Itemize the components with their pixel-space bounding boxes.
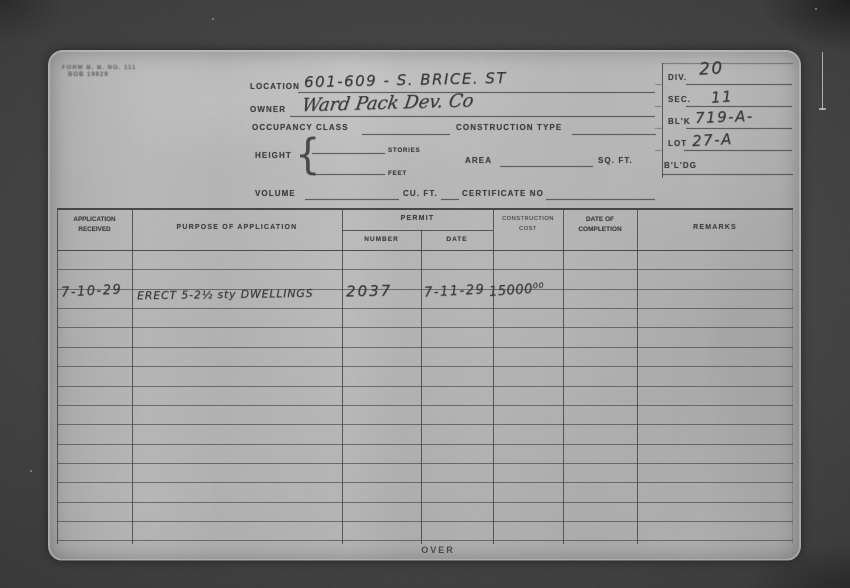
col-header-number: NUMBER bbox=[342, 236, 421, 243]
dust-speck bbox=[30, 470, 32, 472]
over-label: OVER bbox=[408, 545, 468, 555]
table-border-right bbox=[792, 210, 793, 544]
dust-speck bbox=[815, 8, 817, 10]
form-id-stamp: FORM B. B. NO. 111 BOB 19829 bbox=[62, 65, 136, 79]
location-line bbox=[298, 92, 655, 93]
lot-label: LOT bbox=[668, 140, 687, 148]
table-row bbox=[57, 387, 793, 406]
sec-tick bbox=[655, 106, 662, 107]
table-row bbox=[57, 483, 793, 502]
col-header-construction-2: COST bbox=[493, 226, 563, 232]
entry-permit-date: 7-11-29 bbox=[424, 282, 486, 300]
col-header-completion-1: DATE OF bbox=[563, 216, 637, 223]
construction-type-line bbox=[572, 134, 656, 135]
volume-label: VOLUME bbox=[255, 190, 296, 198]
area-label: AREA bbox=[465, 157, 492, 165]
height-brace: { bbox=[295, 134, 320, 176]
col-header-completion-2: COMPLETION bbox=[563, 226, 637, 233]
col-header-permit: PERMIT bbox=[342, 215, 493, 222]
col-header-construction-1: CONSTRUCTION bbox=[493, 216, 563, 222]
bldg-line bbox=[662, 174, 793, 175]
div-tick bbox=[655, 84, 662, 85]
col-header-remarks: REMARKS bbox=[637, 224, 793, 231]
col-divider-completion-remarks bbox=[637, 210, 638, 544]
sec-label: SEC. bbox=[668, 96, 691, 104]
table-row bbox=[57, 367, 793, 386]
blk-label: BL'K bbox=[668, 118, 691, 126]
table-row bbox=[57, 348, 793, 367]
blk-tick bbox=[655, 128, 662, 129]
table-row bbox=[57, 445, 793, 464]
film-scratch-tip bbox=[819, 108, 826, 110]
scanned-permit-card-photo: FORM B. B. NO. 111 BOB 19829 LOCATION 60… bbox=[0, 0, 850, 588]
table-row bbox=[57, 406, 793, 425]
occupancy-class-line bbox=[362, 134, 450, 135]
entry-permit-number: 2037 bbox=[346, 282, 392, 301]
div-value: 20 bbox=[698, 58, 724, 79]
table-row bbox=[57, 503, 793, 522]
stories-line bbox=[312, 153, 385, 154]
col-header-application-1: APPLICATION bbox=[57, 216, 132, 223]
col-divider-date-cost bbox=[493, 210, 494, 544]
height-label: HEIGHT bbox=[255, 152, 292, 160]
col-divider-number-date bbox=[421, 230, 422, 544]
lot-line bbox=[684, 150, 792, 151]
parcel-box-left-border bbox=[662, 63, 663, 178]
entry-purpose: ERECT 5-2½ sty DWELLINGS bbox=[137, 287, 314, 302]
entry-received: 7-10-29 bbox=[61, 282, 123, 300]
feet-line bbox=[310, 174, 385, 175]
sqft-label: SQ. FT. bbox=[598, 157, 633, 165]
stories-label: STORIES bbox=[388, 148, 420, 155]
bldg-label: B'L'DG bbox=[664, 162, 697, 170]
certificate-label: CERTIFICATE NO bbox=[462, 190, 544, 198]
col-divider-purpose bbox=[342, 210, 343, 544]
film-scratch bbox=[822, 52, 823, 110]
permit-table: APPLICATION RECEIVED PURPOSE OF APPLICAT… bbox=[57, 208, 793, 544]
owner-value: Ward Pack Dev. Co bbox=[300, 91, 474, 117]
owner-line bbox=[290, 116, 655, 117]
permit-record-card: FORM B. B. NO. 111 BOB 19829 LOCATION 60… bbox=[48, 50, 801, 561]
parcel-box-top bbox=[662, 63, 793, 64]
blk-value: 719-A- bbox=[695, 107, 754, 127]
div-label: DIV. bbox=[668, 74, 687, 82]
volume-line bbox=[305, 199, 399, 200]
dust-speck bbox=[212, 18, 214, 20]
certificate-gap-line bbox=[441, 199, 459, 200]
location-value: 601-609 - S. BRICE. ST bbox=[304, 69, 507, 91]
area-line bbox=[500, 166, 593, 167]
feet-label: FEET bbox=[388, 171, 407, 178]
col-divider-cost-completion bbox=[563, 210, 564, 544]
lot-value: 27-A bbox=[692, 130, 734, 150]
table-row bbox=[57, 328, 793, 347]
permit-subheader-divider bbox=[342, 230, 493, 231]
col-header-application-2: RECEIVED bbox=[57, 226, 132, 233]
col-divider-received bbox=[132, 210, 133, 544]
table-border-left bbox=[57, 210, 58, 544]
blk-line bbox=[686, 128, 792, 129]
table-row bbox=[57, 251, 793, 270]
owner-label: OWNER bbox=[250, 106, 286, 114]
table-row bbox=[57, 425, 793, 444]
sec-value: 11 bbox=[710, 87, 733, 106]
form-id-line2: BOB 19829 bbox=[62, 72, 136, 79]
lot-tick bbox=[655, 150, 662, 151]
col-header-purpose: PURPOSE OF APPLICATION bbox=[132, 224, 342, 231]
form-id-line1: FORM B. B. NO. 111 bbox=[62, 65, 136, 72]
table-row bbox=[57, 464, 793, 483]
construction-type-label: CONSTRUCTION TYPE bbox=[456, 124, 562, 132]
cuft-label: CU. FT. bbox=[403, 190, 438, 198]
certificate-line bbox=[546, 199, 655, 200]
div-line bbox=[686, 84, 792, 85]
location-label: LOCATION bbox=[250, 83, 300, 91]
table-row bbox=[57, 522, 793, 541]
table-row bbox=[57, 309, 793, 328]
col-header-date: DATE bbox=[421, 236, 493, 243]
